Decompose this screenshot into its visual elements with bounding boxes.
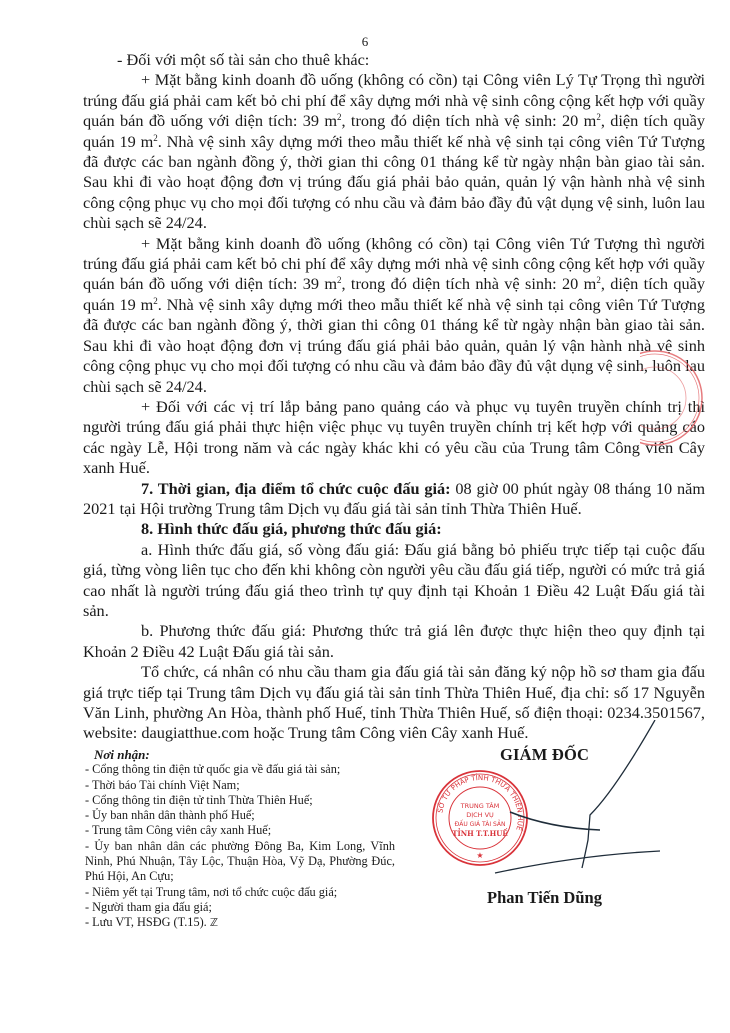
paragraph-tu-tuong: + Mặt bằng kinh doanh đồ uống (không có … [83, 234, 705, 397]
recipient-item: - Niêm yết tại Trung tâm, nơi tổ chức cu… [85, 885, 395, 900]
page-number: 6 [0, 34, 730, 50]
recipient-item: - Ủy ban nhân dân thành phố Huế; [85, 808, 395, 823]
section-7-heading: 7. Thời gian, địa điểm tổ chức cuộc đấu … [141, 479, 451, 498]
section-7: 7. Thời gian, địa điểm tổ chức cuộc đấu … [83, 479, 705, 520]
paragraph-ly-tu-trong: + Mặt bằng kinh doanh đồ uống (không có … [83, 70, 705, 233]
initials-mark: ℤ [210, 916, 218, 929]
recipients-title: Nơi nhận: [94, 747, 395, 762]
handwritten-signature-icon [440, 720, 660, 880]
section-8b: b. Phương thức đấu giá: Phương thức trả … [83, 621, 705, 662]
recipient-item: - Thời báo Tài chính Việt Nam; [85, 778, 395, 793]
recipients-block: Nơi nhận: - Cổng thông tin điện tử quốc … [85, 747, 395, 931]
recipient-item: - Trung tâm Công viên cây xanh Huế; [85, 823, 395, 838]
section-8-heading: 8. Hình thức đấu giá, phương thức đấu gi… [83, 519, 705, 539]
paragraph-other-assets: - Đối với một số tài sản cho thuê khác: [83, 50, 705, 70]
signer-name: Phan Tiến Dũng [487, 888, 602, 908]
document-body: - Đối với một số tài sản cho thuê khác: … [83, 50, 705, 744]
recipient-item: - Lưu VT, HSĐG (T.15). ℤ [85, 915, 395, 930]
recipient-item: - Cổng thông tin điện tử tỉnh Thừa Thiên… [85, 793, 395, 808]
paragraph-pano: + Đối với các vị trí lắp bảng pano quảng… [83, 397, 705, 479]
recipient-item: - Ủy ban nhân dân các phường Đông Ba, Ki… [85, 839, 395, 885]
partial-seal-icon [640, 348, 730, 448]
section-8a: a. Hình thức đấu giá, số vòng đấu giá: Đ… [83, 540, 705, 622]
recipient-item: - Người tham gia đấu giá; [85, 900, 395, 915]
recipient-item: - Cổng thông tin điện tử quốc gia về đấu… [85, 762, 395, 777]
